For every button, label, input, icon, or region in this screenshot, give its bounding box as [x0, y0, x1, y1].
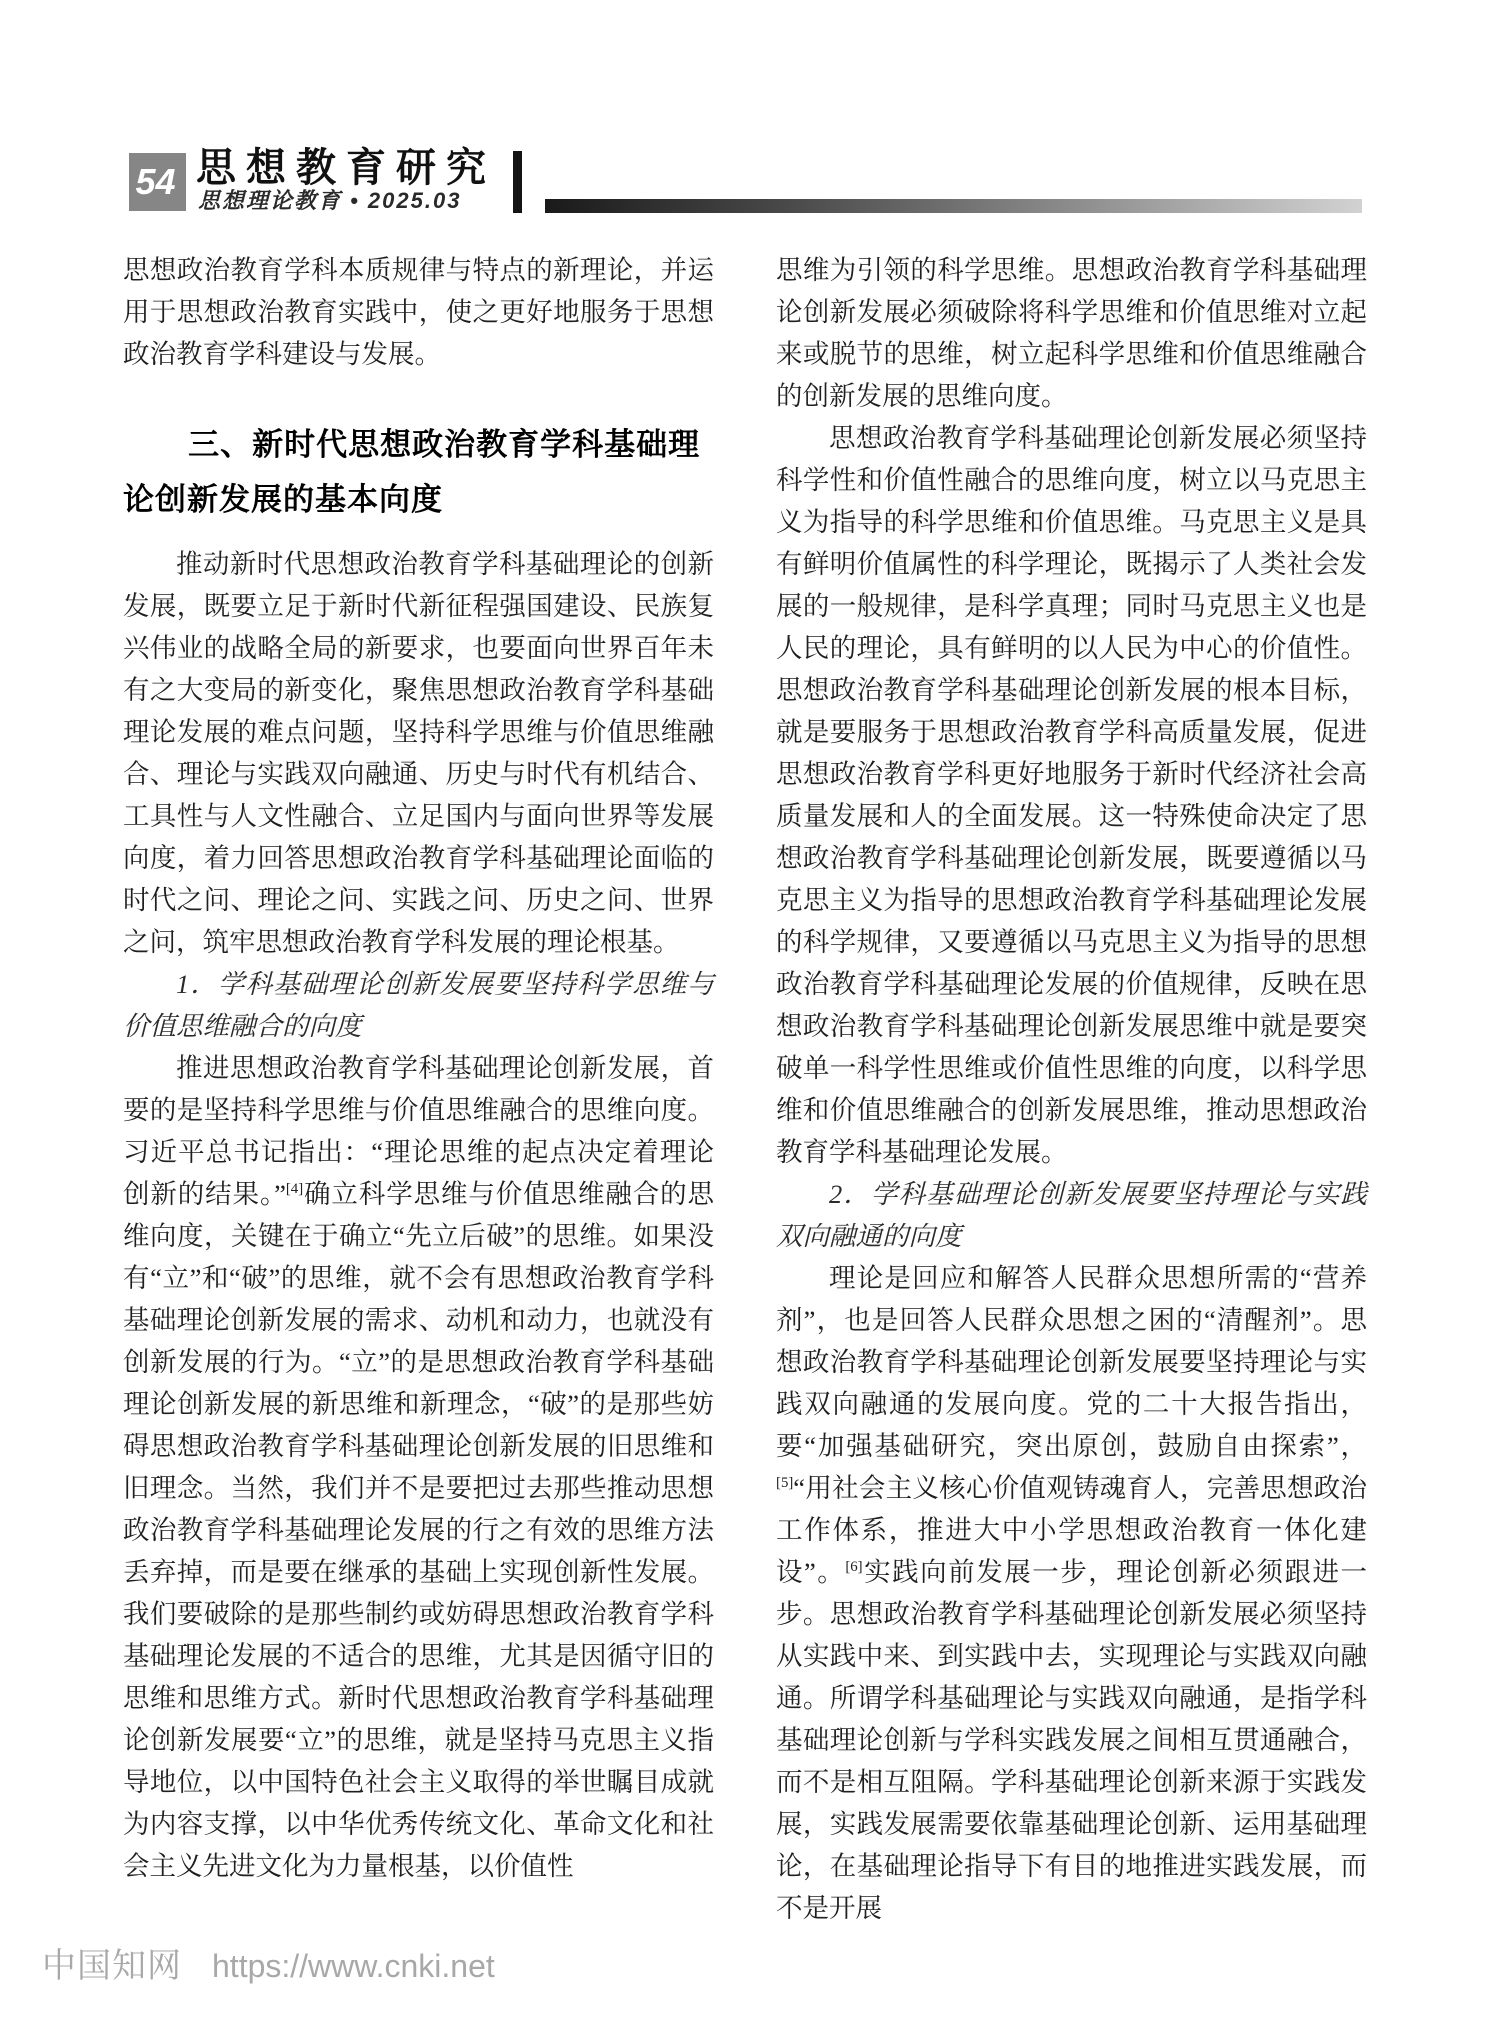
section-heading: 三、新时代思想政治教育学科基础理论创新发展的基本向度	[123, 417, 714, 527]
paragraph: 理论是回应和解答人民群众思想所需的“营养剂”，也是回答人民群众思想之困的“清醒剂…	[776, 1257, 1367, 1929]
journal-page: 54 思想教育研究 思想理论教育 • 2025.03 思想政治教育学科本质规律与…	[0, 0, 1490, 2021]
paragraph: 推进思想政治教育学科基础理论创新发展，首要的是坚持科学思维与价值思维融合的思维向…	[123, 1047, 714, 1887]
journal-title: 思想教育研究	[196, 148, 496, 188]
header-gradient-bar	[545, 199, 1362, 213]
article-columns: 思想政治教育学科本质规律与特点的新理论，并运用于思想政治教育实践中，使之更好地服…	[123, 249, 1367, 1929]
cnki-url: https://www.cnki.net	[212, 1948, 495, 1985]
subsection-heading: 1．学科基础理论创新发展要坚持科学思维与价值思维融合的向度	[123, 963, 714, 1047]
footnote-ref: [6]	[845, 1559, 862, 1575]
footnote-ref: [5]	[776, 1475, 793, 1491]
subsection-heading: 2．学科基础理论创新发展要坚持理论与实践双向融通的向度	[776, 1173, 1367, 1257]
left-column: 思想政治教育学科本质规律与特点的新理论，并运用于思想政治教育实践中，使之更好地服…	[123, 249, 714, 1929]
paragraph: 推动新时代思想政治教育学科基础理论的创新发展，既要立足于新时代新征程强国建设、民…	[123, 543, 714, 963]
page-number-badge: 54	[129, 153, 186, 211]
page-number: 54	[135, 164, 175, 200]
footnote-ref: [4]	[286, 1181, 303, 1197]
journal-subtitle: 思想理论教育 • 2025.03	[198, 190, 461, 212]
masthead-divider	[513, 151, 522, 213]
paragraph-continuation: 思维为引领的科学思维。思想政治教育学科基础理论创新发展必须破除将科学思维和价值思…	[776, 249, 1367, 417]
right-column: 思维为引领的科学思维。思想政治教育学科基础理论创新发展必须破除将科学思维和价值思…	[776, 249, 1367, 1929]
cnki-logo-text: 中国知网	[42, 1938, 182, 1987]
paragraph-continuation: 思想政治教育学科本质规律与特点的新理论，并运用于思想政治教育实践中，使之更好地服…	[123, 249, 714, 375]
paragraph: 思想政治教育学科基础理论创新发展必须坚持科学性和价值性融合的思维向度，树立以马克…	[776, 417, 1367, 1173]
cnki-watermark: 中国知网 https://www.cnki.net	[42, 1938, 495, 1987]
